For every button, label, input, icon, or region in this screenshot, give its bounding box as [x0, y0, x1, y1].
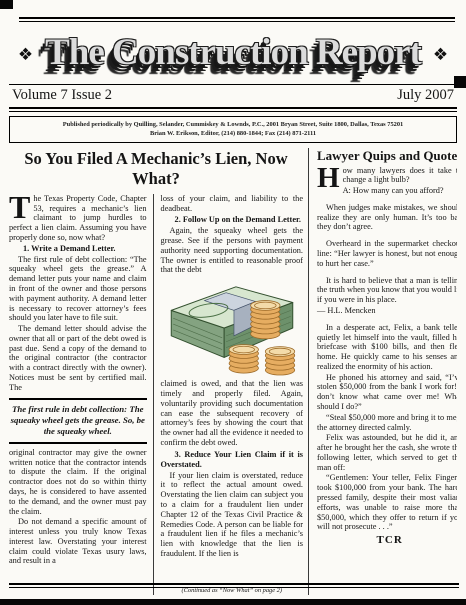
diamond-ornament-right-icon: ❖ — [433, 45, 448, 65]
quips-heading: Lawyer Quips and Quotes — [317, 148, 457, 164]
quips-column: Lawyer Quips and Quotes How many lawyers… — [308, 148, 457, 595]
quip: It is hard to believe that a man is tell… — [317, 276, 457, 305]
paragraph: claimed is owed, and that the lien was t… — [161, 379, 303, 447]
money-illustration — [163, 279, 301, 377]
pull-quote: The first rule in debt collection: The s… — [9, 398, 147, 444]
volume-issue: Volume 7 Issue 2 — [12, 87, 112, 104]
page-body: So You Filed A Mechanic’s Lien, Now What… — [9, 148, 457, 595]
issue-line: Volume 7 Issue 2 July 2007 — [9, 84, 457, 107]
paragraph: Again, the squeaky wheel gets the grease… — [161, 226, 303, 275]
newsletter-page: ❖ The Construction Report ❖ Volume 7 Iss… — [0, 0, 466, 605]
tcr-signature: TCR — [317, 534, 457, 547]
masthead: ❖ The Construction Report ❖ — [9, 23, 457, 81]
paragraph: The Texas Property Code, Chapter 53, req… — [9, 194, 147, 243]
article-column-1: The Texas Property Code, Chapter 53, req… — [9, 194, 154, 595]
publisher-line-2: Brian W. Erikson, Editor, (214) 880-1844… — [14, 129, 452, 138]
article-columns: The Texas Property Code, Chapter 53, req… — [9, 194, 303, 595]
scan-artifact-top-right — [454, 76, 466, 88]
scan-artifact-bottom — [0, 599, 466, 605]
footer-rule — [9, 583, 459, 588]
section-heading-3: 3. Reduce Your Lien Claim if it is Overs… — [161, 450, 303, 470]
continued-notice: (Continued as “Now What” on page 2) — [161, 587, 303, 594]
masthead-top-rule — [19, 17, 455, 22]
dropcap-t: T — [9, 194, 33, 220]
publisher-line-1: Published periodically by Quilling, Sela… — [14, 120, 452, 129]
section-heading-2: 2. Follow Up on the Demand Letter. — [161, 215, 303, 225]
publisher-box: Published periodically by Quilling, Sela… — [9, 116, 457, 143]
newsletter-title: The Construction Report — [45, 31, 421, 74]
quip: He phoned his attorney and said, “I’ve s… — [317, 373, 457, 412]
article-headline: So You Filed A Mechanic’s Lien, Now What… — [17, 149, 295, 189]
paragraph: Do not demand a specific amount of inter… — [9, 517, 147, 566]
quip: When judges make mistakes, we should rea… — [317, 203, 457, 232]
paragraph: The demand letter should advise the owne… — [9, 324, 147, 392]
issue-date: July 2007 — [397, 87, 454, 104]
paragraph: original contractor may give the owner w… — [9, 448, 147, 516]
scan-artifact-top-left — [0, 0, 13, 9]
quip: Felix was astounded, but he did it, and … — [317, 433, 457, 472]
quip: “Gentlemen: Your teller, Felix Fingers, … — [317, 473, 457, 532]
quip: How many lawyers does it take to change … — [317, 166, 457, 186]
issue-line-rule — [9, 107, 457, 112]
paragraph: loss of your claim, and liability to the… — [161, 194, 303, 214]
dropcap-h: H — [317, 166, 343, 190]
diamond-ornament-left-icon: ❖ — [18, 45, 33, 65]
quote-attribution: — H.L. Mencken — [317, 306, 457, 316]
section-heading-1: 1. Write a Demand Letter. — [9, 244, 147, 254]
paragraph: The first rule of debt collection: “The … — [9, 255, 147, 323]
quip: Overheard in the supermarket checkout li… — [317, 239, 457, 268]
quip: “Steal $50,000 more and bring it to me,”… — [317, 413, 457, 433]
quip: In a desperate act, Felix, a bank teller… — [317, 323, 457, 372]
main-article: So You Filed A Mechanic’s Lien, Now What… — [9, 148, 308, 595]
paragraph: If your lien claim is overstated, reduce… — [161, 471, 303, 559]
article-column-2: loss of your claim, and liability to the… — [154, 194, 303, 595]
